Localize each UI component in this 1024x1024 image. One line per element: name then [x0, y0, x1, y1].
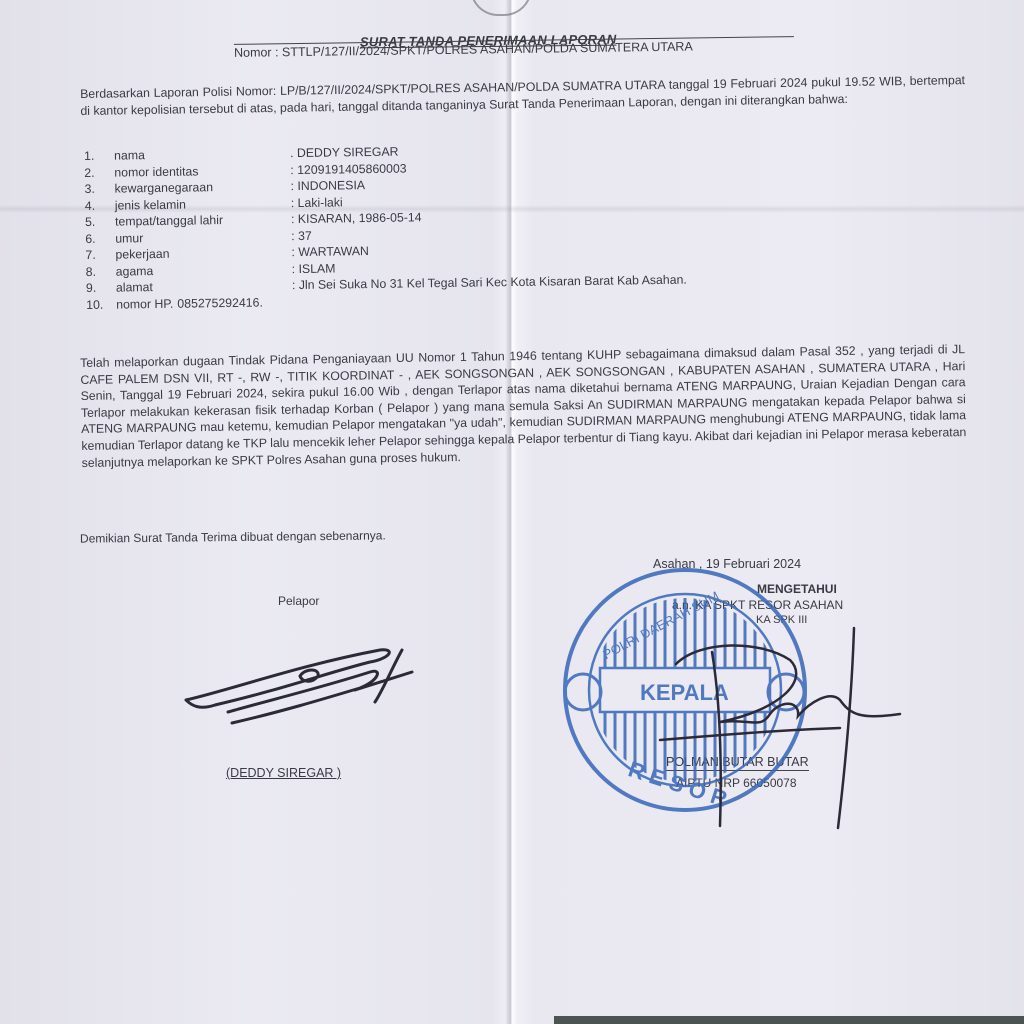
identity-value: 085275292416.	[177, 294, 263, 312]
on-behalf-label: a.n. KA SPKT RESOR ASAHAN	[672, 598, 843, 612]
reporter-name: (DEDDY SIREGAR )	[226, 766, 341, 780]
identity-value: : WARTAWAN	[291, 243, 369, 261]
identity-value: : 37	[291, 227, 312, 244]
identity-number: 3.	[84, 181, 114, 198]
svg-text:KEPALA: KEPALA	[640, 680, 729, 705]
identity-number: 2.	[84, 164, 114, 181]
identity-number: 1.	[84, 148, 114, 165]
reporter-signature-icon	[186, 650, 412, 723]
report-body-paragraph: Telah melaporkan dugaan Tindak Pidana Pe…	[80, 341, 967, 471]
identity-number: 8.	[86, 263, 116, 280]
identity-number: 4.	[85, 197, 115, 214]
identity-number: 5.	[85, 214, 115, 231]
reporter-label: Pelapor	[278, 594, 319, 608]
table-surface-edge	[554, 1016, 1024, 1024]
closing-statement: Demikian Surat Tanda Terima dibuat denga…	[80, 528, 386, 545]
officer-rank-id: AIPTU NRP 66050078	[676, 776, 797, 790]
officer-signature-icon	[660, 628, 900, 828]
identity-value: . DEDDY SIREGAR	[290, 144, 399, 162]
identity-number: 7.	[85, 247, 115, 264]
identity-list: 1.nama. DEDDY SIREGAR2.nomor identitas: …	[84, 137, 846, 313]
officer-name: POLMAN BUTAR BUTAR	[666, 755, 809, 771]
identity-value: : KISARAN, 1986-05-14	[291, 209, 422, 227]
acknowledge-label: MENGETAHUI	[757, 582, 837, 596]
identity-value: : 1209191405860003	[290, 160, 406, 178]
place-date: Asahan , 19 Februari 2024	[653, 557, 801, 571]
officer-role: KA SPK III	[756, 614, 807, 626]
identity-value: : ISLAM	[292, 260, 336, 277]
intro-paragraph: Berdasarkan Laporan Polisi Nomor: LP/B/1…	[80, 72, 965, 119]
identity-label: nomor HP.	[116, 295, 173, 312]
police-emblem-icon	[470, 0, 532, 16]
document-paper: SURAT TANDA PENERIMAAN LAPORAN Nomor : S…	[0, 0, 1024, 1024]
identity-value: : Laki-laki	[291, 194, 343, 211]
identity-number: 9.	[86, 280, 116, 297]
identity-number: 10.	[86, 296, 116, 313]
identity-label: alamat	[116, 277, 292, 296]
identity-number: 6.	[85, 230, 115, 247]
identity-value: : INDONESIA	[290, 177, 365, 195]
